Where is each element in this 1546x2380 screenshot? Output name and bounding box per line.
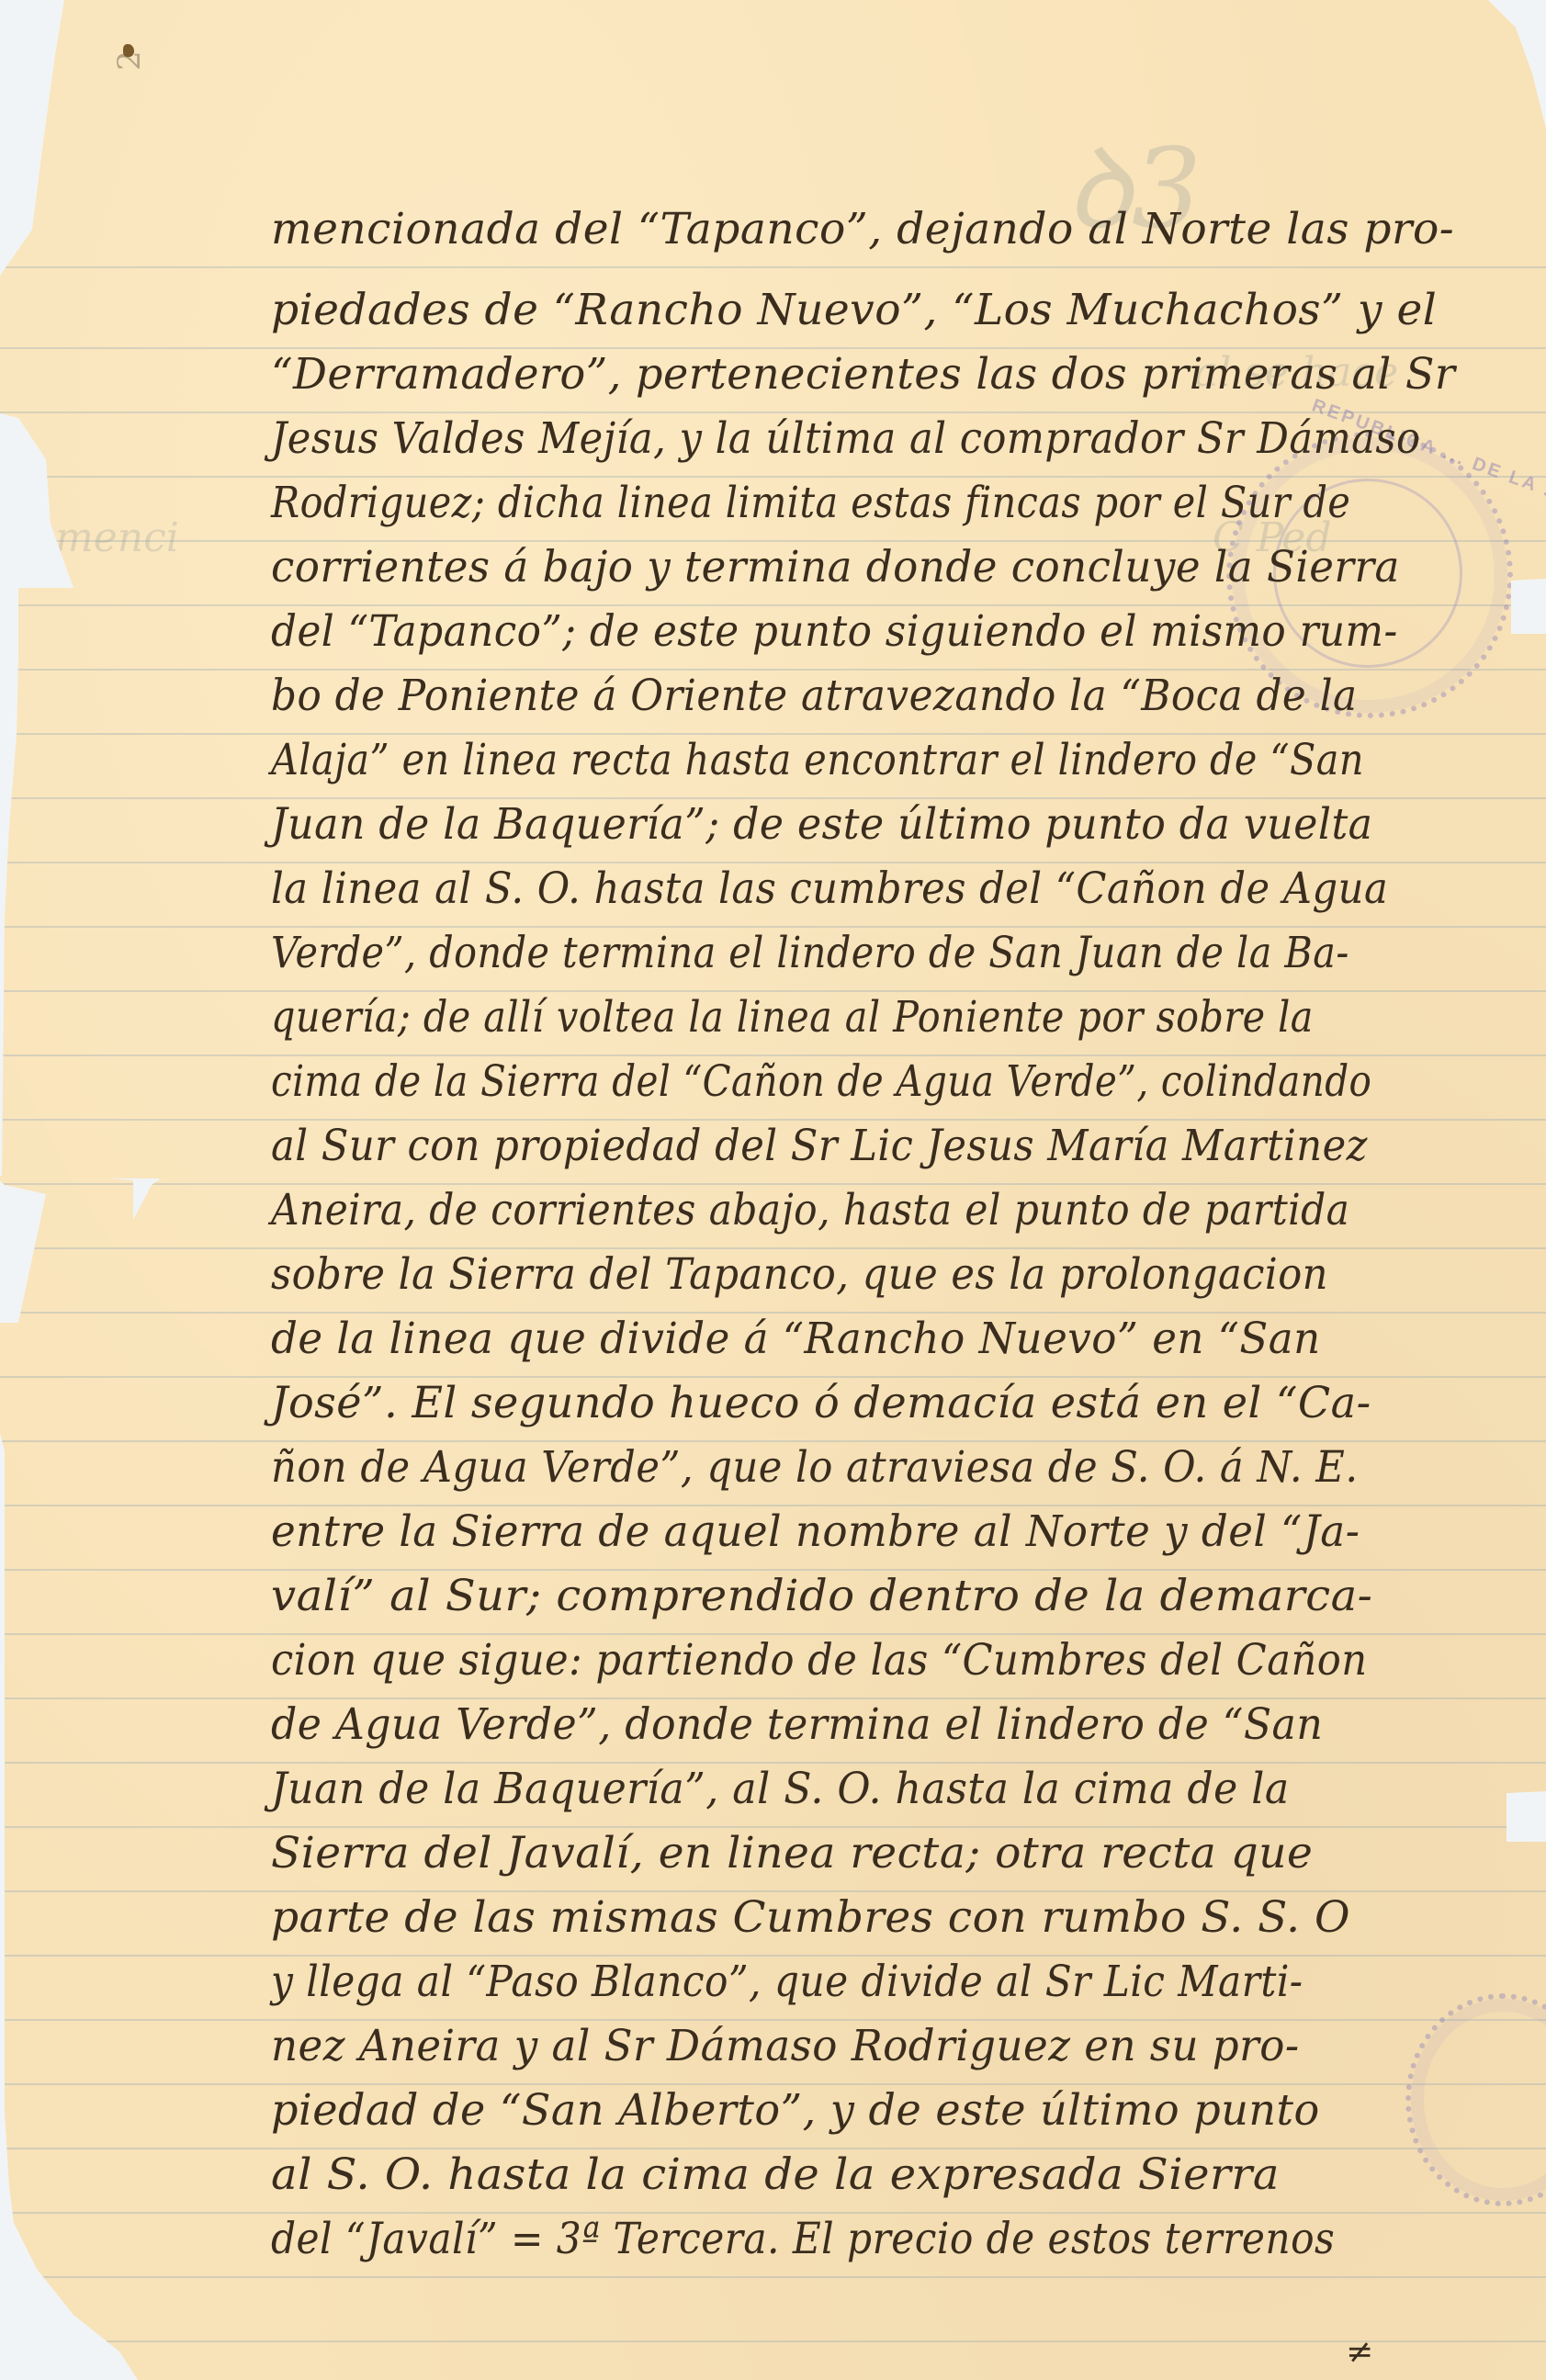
text-line: bo de Poniente á Oriente atravezando la … bbox=[271, 671, 1358, 721]
text-line: cion que sigue: partiendo de las “Cumbre… bbox=[271, 1635, 1368, 1686]
text-line: de Agua Verde”, donde termina el lindero… bbox=[271, 1699, 1323, 1750]
text-line: Verde”, donde termina el lindero de San … bbox=[271, 928, 1349, 978]
text-line: parte de las mismas Cumbres con rumbo S.… bbox=[271, 1892, 1350, 1943]
text-line: entre la Sierra de aquel nombre al Norte… bbox=[271, 1506, 1360, 1557]
text-line: “Derramadero”, pertenecientes las dos pr… bbox=[271, 349, 1455, 400]
text-line: Sierra del Javalí, en linea recta; otra … bbox=[271, 1828, 1313, 1878]
text-line: sobre la Sierra del Tapanco, que es la p… bbox=[271, 1249, 1328, 1300]
text-line: piedades de “Rancho Nuevo”, “Los Muchach… bbox=[271, 285, 1437, 335]
rule-line bbox=[0, 266, 1546, 268]
continuation-mark: ≠ bbox=[1346, 2333, 1373, 2371]
text-line: quería; de allí voltea la linea al Ponie… bbox=[271, 992, 1314, 1043]
text-line: de la linea que divide á “Rancho Nuevo” … bbox=[271, 1314, 1321, 1364]
text-line: valí” al Sur; comprendido dentro de la d… bbox=[271, 1571, 1372, 1621]
text-line: Rodriguez; dicha linea limita estas finc… bbox=[271, 478, 1350, 528]
ink-spot bbox=[123, 44, 134, 57]
text-line: del “Javalí” = 3ª Tercera. El precio de … bbox=[271, 2214, 1335, 2264]
rule-line bbox=[0, 2341, 1546, 2342]
text-line: y llega al “Paso Blanco”, que divide al … bbox=[271, 1957, 1303, 2007]
text-line: la linea al S. O. hasta las cumbres del … bbox=[271, 863, 1388, 914]
text-line: al S. O. hasta la cima de la expresada S… bbox=[271, 2149, 1280, 2200]
text-line: corrientes á bajo y termina donde conclu… bbox=[271, 542, 1400, 592]
text-line: nez Aneira y al Sr Dámaso Rodriguez en s… bbox=[271, 2021, 1300, 2071]
text-line: José”. El segundo hueco ó demacía está e… bbox=[271, 1378, 1371, 1428]
document-page: ꝺ3 al se hace C Ped menci 2 REPUBLICA ..… bbox=[0, 0, 1546, 2380]
text-line: Aneira, de corrientes abajo, hasta el pu… bbox=[271, 1185, 1349, 1235]
text-line: Juan de la Baquería”, al S. O. hasta la … bbox=[271, 1764, 1290, 1814]
text-line: al Sur con propiedad del Sr Lic Jesus Ma… bbox=[271, 1121, 1368, 1171]
text-line: ñon de Agua Verde”, que lo atraviesa de … bbox=[271, 1442, 1359, 1493]
text-line: piedad de “San Alberto”, y de este últim… bbox=[271, 2085, 1320, 2136]
text-line: Jesus Valdes Mejía, y la última al compr… bbox=[271, 413, 1420, 464]
bleed-through-text: menci bbox=[55, 514, 179, 561]
text-line: mencionada del “Tapanco”, dejando al Nor… bbox=[271, 204, 1454, 254]
rule-line bbox=[0, 2276, 1546, 2278]
text-line: del “Tapanco”; de este punto siguiendo e… bbox=[271, 606, 1398, 657]
text-line: Alaja” en linea recta hasta encontrar el… bbox=[271, 735, 1364, 785]
text-line: cima de la Sierra del “Cañon de Agua Ver… bbox=[271, 1056, 1371, 1107]
text-line: Juan de la Baquería”; de este último pun… bbox=[271, 799, 1372, 850]
